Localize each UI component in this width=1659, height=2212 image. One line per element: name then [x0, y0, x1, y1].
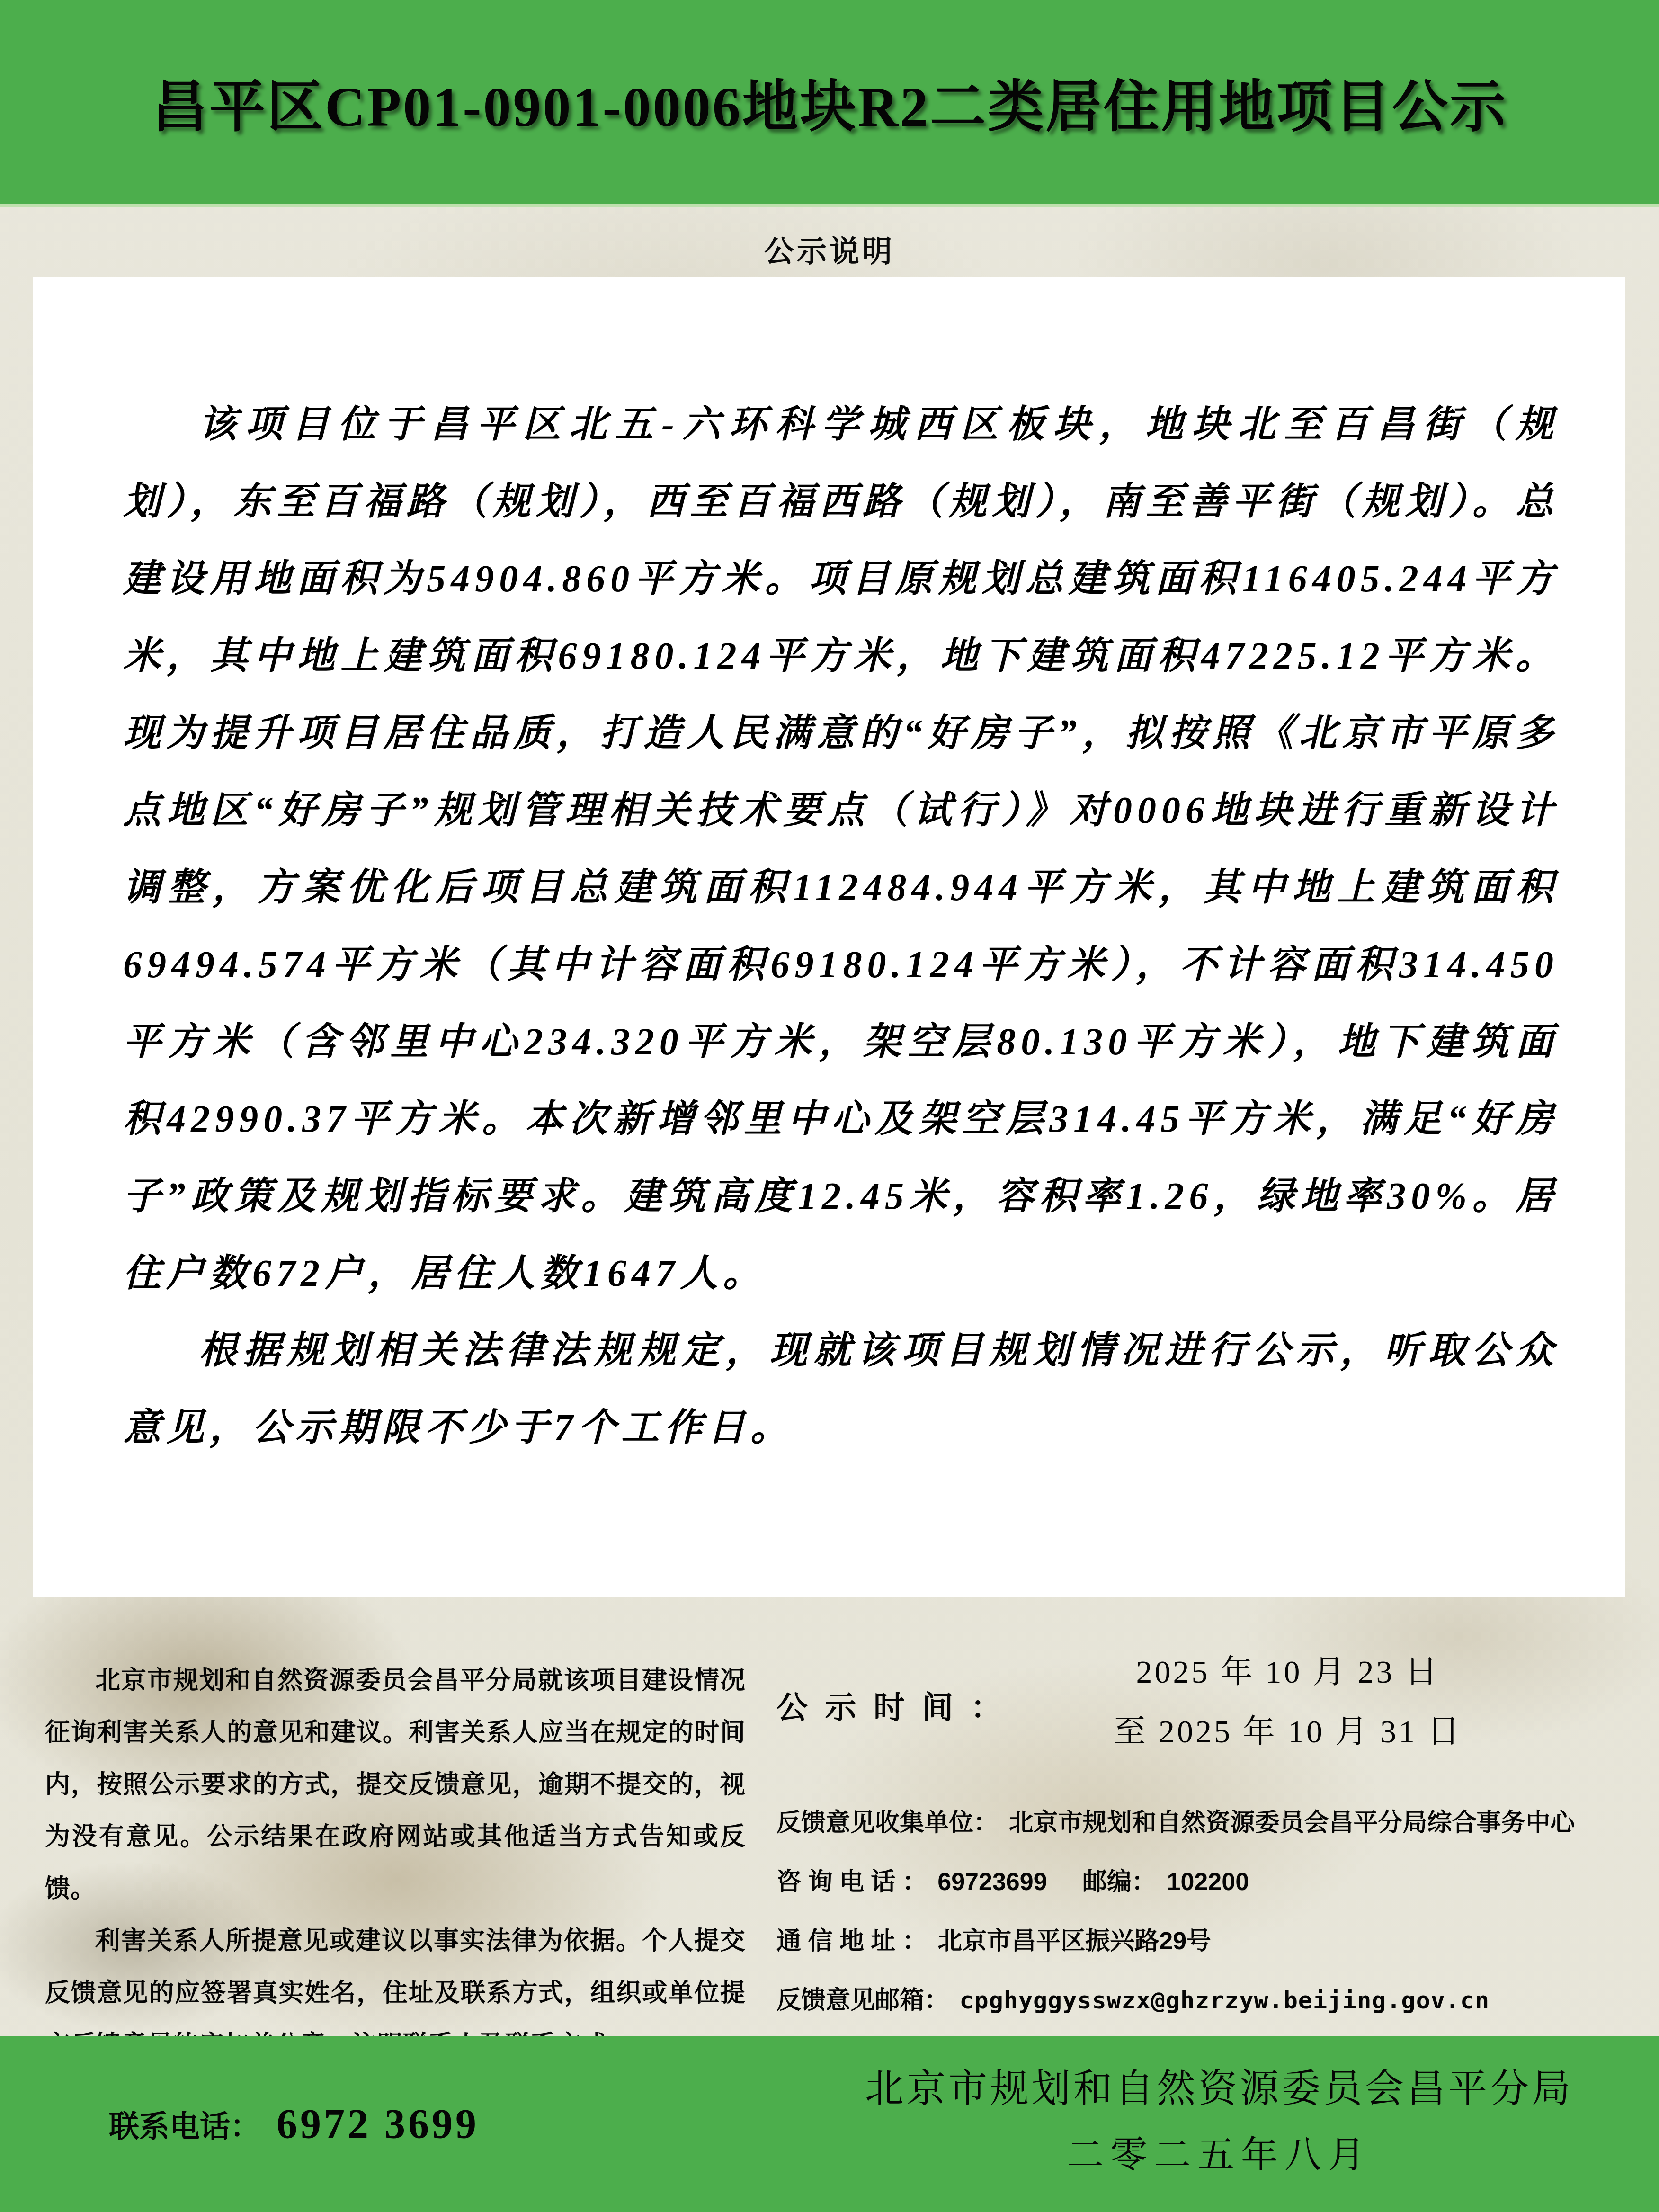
contact-phone-label: 咨 询 电 话 ：	[776, 1868, 927, 1896]
footer-organization: 北京市规划和自然资源委员会昌平分局	[805, 2056, 1633, 2122]
notice-paragraph-2: 根据规划相关法律法规规定，现就该项目规划情况进行公示，听取公众意见，公示期限不少…	[123, 1312, 1559, 1467]
contact-email-row: 反馈意见邮箱： cpghyggysswzx@ghzrzyw.beijing.go…	[776, 1971, 1633, 2030]
footer-signature: 北京市规划和自然资源委员会昌平分局 二零二五年八月	[805, 2056, 1633, 2188]
publicity-period-dates: 2025 年 10 月 23 日 至 2025 年 10 月 31 日	[975, 1642, 1600, 1761]
contact-phone-value: 69723699	[937, 1868, 1047, 1896]
feedback-instructions: 北京市规划和自然资源委员会昌平分局就该项目建设情况征询利害关系人的意见和建议。利…	[45, 1655, 746, 2071]
footer-phone-number: 6972 3699	[276, 2100, 479, 2148]
contact-info: 反馈意见收集单位： 北京市规划和自然资源委员会昌平分局综合事务中心 咨 询 电 …	[776, 1793, 1633, 2030]
publicity-start-date: 2025 年 10 月 23 日	[975, 1642, 1600, 1702]
contact-unit-row: 反馈意见收集单位： 北京市规划和自然资源委员会昌平分局综合事务中心	[776, 1793, 1633, 1853]
footer-band: 联系电话： 6972 3699 北京市规划和自然资源委员会昌平分局 二零二五年八…	[0, 2036, 1659, 2212]
footer-phone-label: 联系电话：	[109, 2102, 260, 2146]
feedback-paragraph-1: 北京市规划和自然资源委员会昌平分局就该项目建设情况征询利害关系人的意见和建议。利…	[45, 1655, 746, 1915]
publicity-end-date: 至 2025 年 10 月 31 日	[975, 1702, 1600, 1761]
footer-phone: 联系电话： 6972 3699	[109, 2036, 479, 2212]
publicity-period-label: 公 示 时 间 ：	[776, 1682, 1007, 1727]
contact-email-label: 反馈意见邮箱：	[776, 1987, 949, 2014]
contact-phone-row: 咨 询 电 话 ： 69723699 邮编： 102200	[776, 1853, 1633, 1912]
footer-date: 二零二五年八月	[805, 2122, 1633, 2188]
page-title: 昌平区CP01-0901-0006地块R2二类居住用地项目公示	[152, 62, 1507, 142]
section-label: 公示说明	[0, 211, 1659, 286]
contact-zip-value: 102200	[1167, 1868, 1249, 1896]
contact-address-row: 通 信 地 址 ： 北京市昌平区振兴路29号	[776, 1912, 1633, 1971]
header-band: 昌平区CP01-0901-0006地块R2二类居住用地项目公示	[0, 0, 1659, 207]
contact-unit-value: 北京市规划和自然资源委员会昌平分局综合事务中心	[1008, 1809, 1575, 1837]
contact-zip-label: 邮编：	[1082, 1868, 1156, 1896]
contact-address-value: 北京市昌平区振兴路29号	[937, 1927, 1211, 1955]
notice-box: 该项目位于昌平区北五-六环科学城西区板块，地块北至百昌街（规划），东至百福路（规…	[33, 277, 1625, 1597]
contact-email-value: cpghyggysswzx@ghzrzyw.beijing.gov.cn	[959, 1987, 1490, 2014]
contact-unit-label: 反馈意见收集单位：	[776, 1809, 998, 1837]
notice-paragraph-1: 该项目位于昌平区北五-六环科学城西区板块，地块北至百昌街（规划），东至百福路（规…	[123, 386, 1559, 1312]
contact-address-label: 通 信 地 址 ：	[776, 1927, 927, 1955]
public-notice-page: 昌平区CP01-0901-0006地块R2二类居住用地项目公示 公示说明 该项目…	[0, 0, 1659, 2212]
